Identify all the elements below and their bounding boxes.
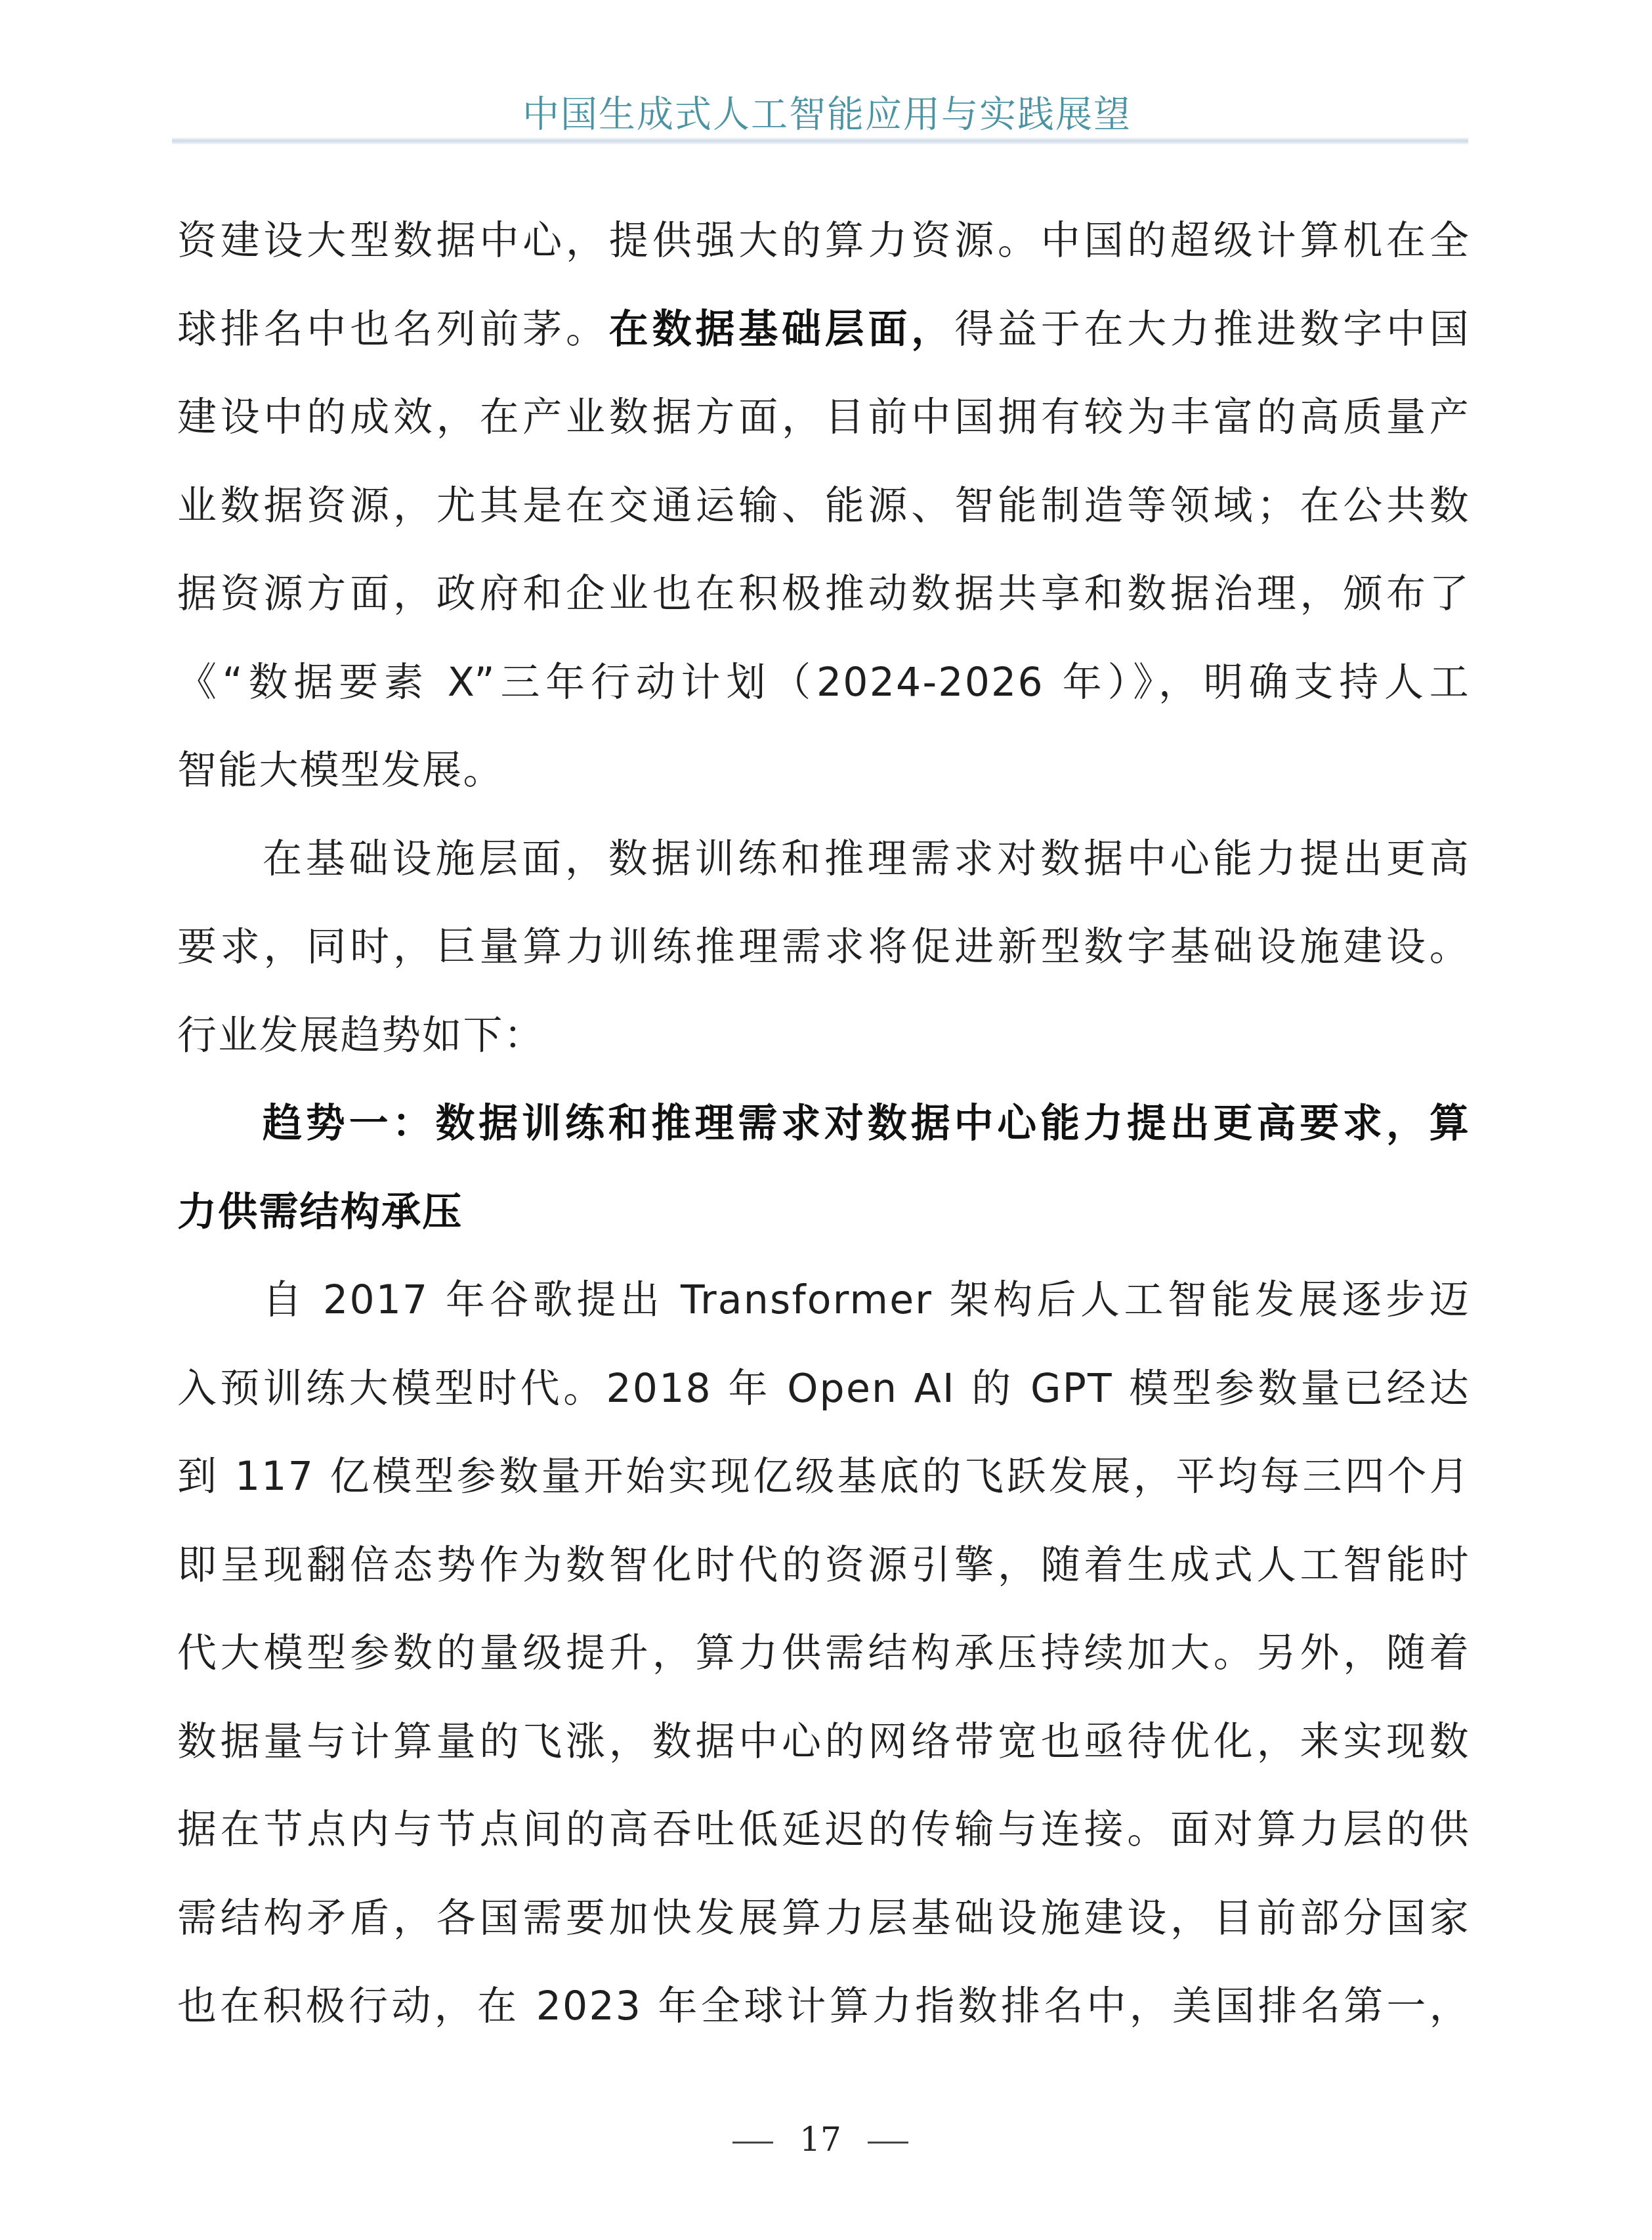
paragraph-first-line: 自 2017 年谷歌提出 Transformer 架构后人工智能发展逐步迈 <box>177 1256 1470 1345</box>
text-line: 《“数据要素 X”三年行动计划（2024-2026 年）》，明确支持人工 <box>177 639 1470 727</box>
dash-right <box>868 2142 908 2144</box>
text-line: 入预训练大模型时代。2018 年 Open AI 的 GPT 模型参数量已经达 <box>177 1345 1470 1433</box>
text-line: 数据量与计算量的飞涨，数据中心的网络带宽也亟待优化，来实现数 <box>177 1698 1470 1786</box>
page-number-footer: 17 <box>656 2117 985 2163</box>
text-line: 到 117 亿模型参数量开始实现亿级基底的飞跃发展，平均每三四个月 <box>177 1433 1470 1521</box>
text-line: 球排名中也名列前茅。在数据基础层面，得益于在大力推进数字中国 <box>177 285 1470 374</box>
text-run: 得益于在大力推进数字中国 <box>954 306 1470 352</box>
text-line: 建设中的成效，在产业数据方面，目前中国拥有较为丰富的高质量产 <box>177 373 1470 462</box>
text-line: 即呈现翻倍态势作为数智化时代的资源引擎，随着生成式人工智能时 <box>177 1521 1470 1610</box>
text-line: 智能大模型发展。 <box>177 727 1470 815</box>
running-header-title: 中国生成式人工智能应用与实践展望 <box>171 89 1483 141</box>
trend-heading: 趋势一：数据训练和推理需求对数据中心能力提出更高要求，算 <box>177 1080 1470 1168</box>
dash-left <box>732 2142 773 2144</box>
text-line: 资建设大型数据中心，提供强大的算力资源。中国的超级计算机在全 <box>177 197 1470 285</box>
document-body: 资建设大型数据中心，提供强大的算力资源。中国的超级计算机在全 球排名中也名列前茅… <box>177 197 1470 2051</box>
text-line: 业数据资源，尤其是在交通运输、能源、智能制造等领域；在公共数 <box>177 462 1470 551</box>
page-number: 17 <box>799 2121 841 2159</box>
text-line: 需结构矛盾，各国需要加快发展算力层基础设施建设，目前部分国家 <box>177 1874 1470 1963</box>
text-line: 行业发展趋势如下： <box>177 992 1470 1080</box>
text-line: 要求，同时，巨量算力训练推理需求将促进新型数字基础设施建设。 <box>177 903 1470 992</box>
text-line: 也在积极行动，在 2023 年全球计算力指数排名中，美国排名第一， <box>177 1962 1470 2051</box>
bold-lead-in: 在数据基础层面， <box>609 306 954 352</box>
paragraph-first-line: 在基础设施层面，数据训练和推理需求对数据中心能力提出更高 <box>177 815 1470 904</box>
header-divider <box>172 138 1468 144</box>
text-line: 代大模型参数的量级提升，算力供需结构承压持续加大。另外，随着 <box>177 1609 1470 1698</box>
text-run: 球排名中也名列前茅。 <box>177 306 609 352</box>
trend-heading: 力供需结构承压 <box>177 1168 1470 1257</box>
text-line: 据资源方面，政府和企业也在积极推动数据共享和数据治理，颁布了 <box>177 550 1470 639</box>
text-line: 据在节点内与节点间的高吞吐低延迟的传输与连接。面对算力层的供 <box>177 1786 1470 1874</box>
